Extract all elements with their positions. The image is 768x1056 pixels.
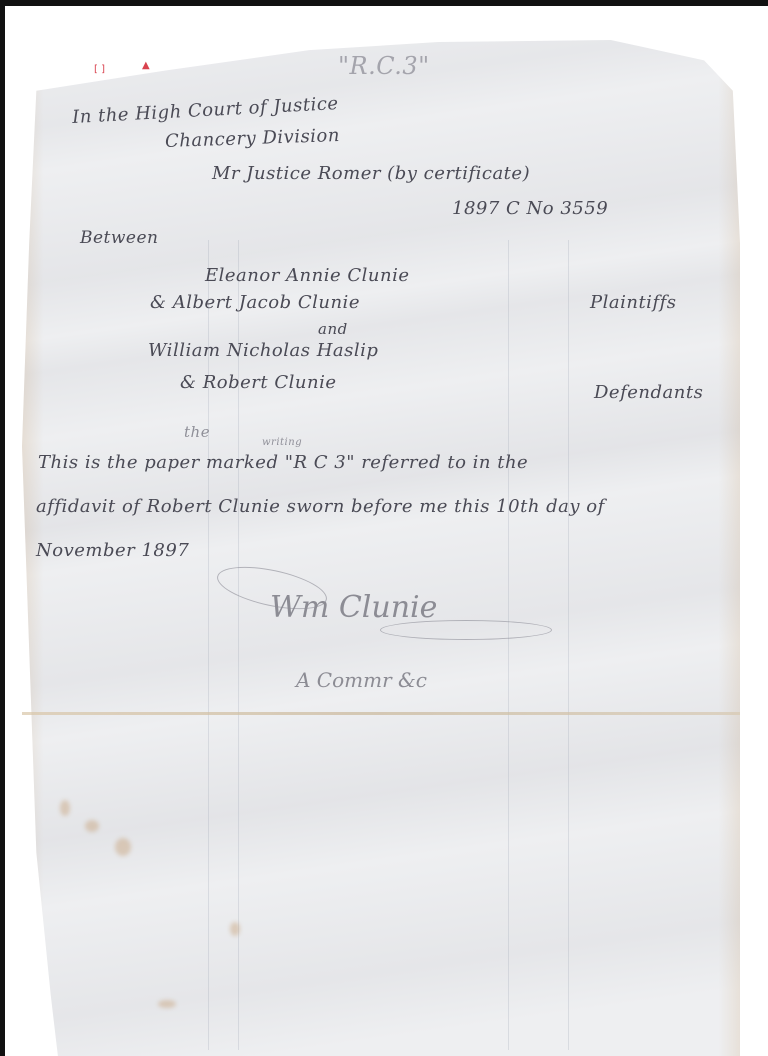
commissioner-attestation: A Commr &c — [296, 668, 427, 692]
red-stamp-mark: [ ] — [94, 64, 105, 75]
defendant-1: William Nicholas Haslip — [148, 340, 378, 361]
defendant-2: & Robert Clunie — [180, 372, 337, 393]
paper-fold-crease — [22, 712, 740, 715]
judge-name: Mr Justice Romer (by certificate) — [212, 163, 530, 184]
signature: Wm Clunie — [270, 590, 437, 625]
between-label: Between — [80, 228, 159, 248]
insertion-writing: writing — [262, 437, 302, 448]
foxing-stain — [158, 1000, 176, 1008]
body-line-2: affidavit of Robert Clunie sworn before … — [36, 496, 605, 517]
foxing-stain — [60, 800, 70, 816]
defendants-label: Defendants — [594, 382, 703, 403]
body-line-3: November 1897 — [36, 540, 189, 561]
scan-border-left — [0, 0, 5, 1056]
foxing-stain — [115, 838, 131, 856]
body-line-1: This is the paper marked "R C 3" referre… — [38, 452, 528, 473]
scan-border-top — [0, 0, 768, 6]
plaintiffs-label: Plaintiffs — [590, 292, 677, 313]
insertion-the: the — [184, 423, 210, 441]
exhibit-mark: "R.C.3" — [338, 52, 430, 80]
foxing-stain — [85, 820, 99, 832]
plaintiff-1: Eleanor Annie Clunie — [205, 265, 409, 286]
and-label: and — [318, 320, 348, 338]
plaintiff-2: & Albert Jacob Clunie — [150, 292, 360, 313]
red-stamp-mark: ▲ — [142, 60, 150, 71]
ruled-margin-line — [508, 240, 509, 1050]
ruled-margin-line — [568, 240, 569, 1050]
foxing-stain — [230, 922, 240, 936]
case-number: 1897 C No 3559 — [452, 198, 608, 219]
ruled-margin-line — [208, 240, 209, 1050]
